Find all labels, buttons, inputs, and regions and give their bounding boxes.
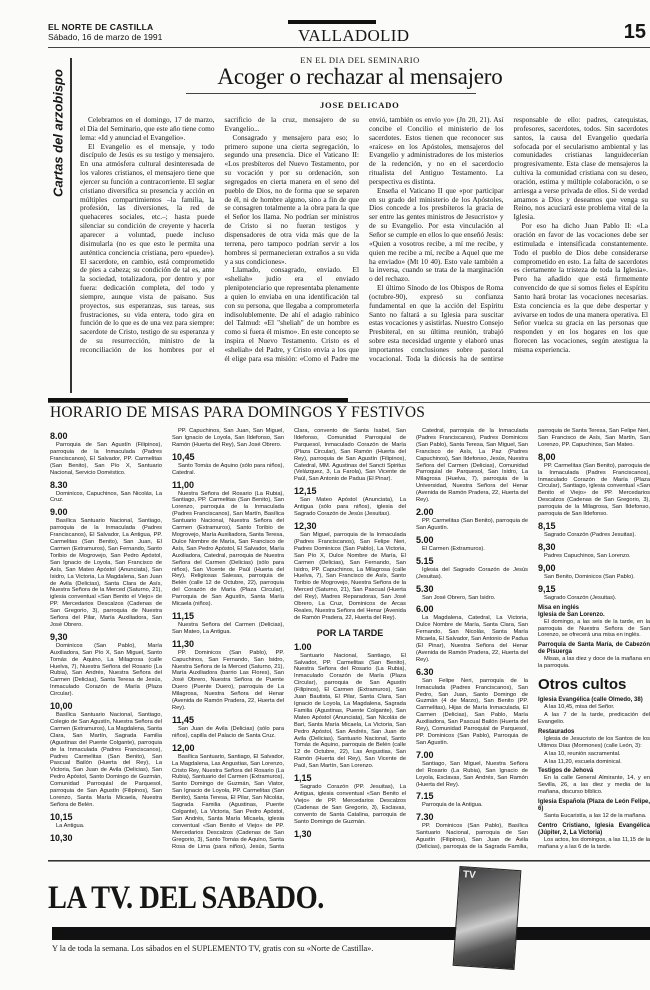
article-paragraph: Celebramos en el domingo, 17 de marzo, e… xyxy=(80,116,215,143)
section-top-bar xyxy=(288,20,376,24)
schedule-title: HORARIO DE MISAS PARA DOMINGOS Y FESTIVO… xyxy=(50,404,425,422)
mass-locations: Dominicos, Capuchinos, San Nicolás, La C… xyxy=(50,491,162,505)
cult-detail: A las 10, reunión sacramental. xyxy=(538,751,650,758)
mass-time: 10,15 xyxy=(50,812,162,823)
mass-locations: Dominicos (San Pablo), María Auxiliadora… xyxy=(50,643,162,698)
mass-locations: Parroquia de San Agustín (Filipinos), pa… xyxy=(50,442,162,477)
mass-locations: Sagrado Corazón (PP. Jesuitas), La Antig… xyxy=(294,784,406,825)
article-paragraph: Consagrado y mensajero para eso; lo prim… xyxy=(225,134,360,267)
masthead: EL NORTE DE CASTILLA Sábado, 16 de marzo… xyxy=(48,20,650,48)
mass-time: 9,15 xyxy=(538,584,650,595)
mass-time: 1,15 xyxy=(294,773,406,784)
other-cults-title: Otros cultos xyxy=(538,676,650,694)
cult-heading: Centro Cristiano, Iglesia Evangélica (Jú… xyxy=(538,823,650,837)
mass-locations: La Antigua. xyxy=(50,823,162,830)
mass-locations: Santo Tomás de Aquino (sólo para niños),… xyxy=(172,463,284,477)
cult-heading: Restaurados xyxy=(538,729,650,736)
column-divider xyxy=(70,58,72,393)
mass-locations: San Felipe Neri, parroquia de la Inmacul… xyxy=(416,678,528,747)
cult-heading: Iglesia Española (Plaza de León Felipe, … xyxy=(538,799,650,813)
mass-locations: Sagrado Corazón (Jesuitas). xyxy=(538,595,650,602)
mass-time: 7.15 xyxy=(416,791,528,802)
mass-time: 10,00 xyxy=(50,701,162,712)
column-label: Cartas del arzobispo xyxy=(48,78,68,188)
cult-heading: Iglesia Evangélica (calle Olmedo, 38) xyxy=(538,697,650,704)
article-headline: Acoger o rechazar al mensajero xyxy=(0,64,650,90)
mass-locations: Basílica Santuario Nacional, Santiago, p… xyxy=(50,518,162,629)
cult-detail: A las 7 de la tarde, predicación del Eva… xyxy=(538,712,650,726)
mass-locations: El Carmen (Extramuros). xyxy=(416,546,528,553)
mass-locations: San Benito, Dominicos (San Pablo). xyxy=(538,574,650,581)
cult-detail: Los actos, los domingos, a las 11,15 de … xyxy=(538,837,650,851)
mass-locations: San José Obrero, San Isidro. xyxy=(416,595,528,602)
mass-time: 2.00 xyxy=(416,507,528,518)
promo-title: LA TV. DEL SABADO. xyxy=(48,880,324,917)
mass-locations: PP. Carmelitas (San Benito), parroquia d… xyxy=(416,518,528,532)
cult-detail: En la calle General Almirante, 14, y en … xyxy=(538,775,650,796)
mass-time: 11,15 xyxy=(172,611,284,622)
mass-time: 11,30 xyxy=(172,639,284,650)
schedule-bottom-rule xyxy=(48,860,650,862)
schedule-body: 8.00Parroquia de San Agustín (Filipinos)… xyxy=(50,428,650,853)
mass-time: 5.00 xyxy=(416,535,528,546)
mass-time: 8,15 xyxy=(538,521,650,532)
schedule-rule xyxy=(48,402,650,403)
mass-locations: Catedral, parroquia de la Inmaculada (Pa… xyxy=(416,428,528,504)
mass-time: 10,30 xyxy=(50,833,162,844)
mass-locations: Parroquia de la Antigua. xyxy=(416,802,528,809)
mass-time: 8,30 xyxy=(538,542,650,553)
article-paragraph: Por eso ha dicho Juan Pablo II: «La orac… xyxy=(514,222,649,355)
mass-locations: Padres Capuchinos, San Lorenzo. xyxy=(538,553,650,560)
headline-rule xyxy=(186,93,476,94)
promo-text: Y la de toda la semana. Los sábados en e… xyxy=(52,944,382,954)
issue-date: Sábado, 16 de marzo de 1991 xyxy=(48,32,162,42)
mass-time: 6.00 xyxy=(416,604,528,615)
mass-time: 1,30 xyxy=(294,829,406,840)
mass-locations: San Juan de Avila (Delicias) (sólo para … xyxy=(172,726,284,740)
mass-locations: Santiago, San Miguel, Nuestra Señora del… xyxy=(416,761,528,789)
promo-bar xyxy=(52,927,650,940)
tv-logo: TV xyxy=(463,869,477,881)
mass-time: 7.00 xyxy=(416,750,528,761)
mass-time: 6.30 xyxy=(416,667,528,678)
mass-locations: Sagrado Corazón (Padres Jesuitas). xyxy=(538,532,650,539)
afternoon-heading: POR LA TARDE xyxy=(294,630,406,637)
mass-time: 9,30 xyxy=(50,632,162,643)
mass-time: 5.30 xyxy=(416,584,528,595)
mass-time: 11,00 xyxy=(172,480,284,491)
article-paragraph: Enseña el Vaticano II que «por participa… xyxy=(369,187,504,284)
mass-time: 11,45 xyxy=(172,715,284,726)
mass-time: 7.30 xyxy=(416,812,528,823)
page-number: 15 xyxy=(624,21,646,44)
mass-time: 8,00 xyxy=(538,452,650,463)
promo-photo: TV xyxy=(453,866,522,970)
mass-locations: Santuario Nacional, Santiago, El Salvado… xyxy=(294,653,406,770)
mass-locations: Nuestra Señora del Carmen (Delicias), Sa… xyxy=(172,622,284,636)
cult-detail: A las 11,20, escuela dominical. xyxy=(538,759,650,766)
mass-locations: PP. Capuchinos, San Juan, San Miguel, Sa… xyxy=(172,428,284,449)
mass-locations: Iglesia del Sagrado Corazón de Jesús (Je… xyxy=(416,567,528,581)
mass-time: 8.00 xyxy=(50,431,162,442)
note-text: El domingo, a las seis de la tarde, en l… xyxy=(538,619,650,640)
mass-locations: PP. Carmelitas (San Benito), parroquia d… xyxy=(538,463,650,518)
mass-time: 5.15 xyxy=(416,556,528,567)
mass-time: 12,00 xyxy=(172,743,284,754)
mass-locations: San Miguel, parroquia de la Inmaculada (… xyxy=(294,532,406,622)
cult-heading: Testigos de Jehová xyxy=(538,768,650,775)
mass-locations: San Mateo Apóstol (Anunciata), La Antigu… xyxy=(294,497,406,518)
cult-detail: Santa Eucaristía, a las 12 de la mañana. xyxy=(538,813,650,820)
article-body: Celebramos en el domingo, 17 de marzo, e… xyxy=(80,116,648,396)
article-byline: JOSE DELICADO xyxy=(320,100,400,110)
mass-locations: Basílica Santuario Nacional, Santiago, C… xyxy=(50,712,162,809)
mass-locations: La Magdalena, Catedral, La Victoria, Dul… xyxy=(416,615,528,663)
section-title: VALLADOLID xyxy=(298,26,409,46)
mass-time: 8.30 xyxy=(50,480,162,491)
mass-time: 12,15 xyxy=(294,486,406,497)
mass-locations: PP. Dominicos (San Pablo), PP. Capuchino… xyxy=(172,650,284,712)
mass-time: 9.00 xyxy=(50,507,162,518)
note-text: Misas, a las diez y doce de la mañana en… xyxy=(538,656,650,670)
mass-time: 12,30 xyxy=(294,521,406,532)
mass-time: 10,45 xyxy=(172,452,284,463)
cult-detail: A las 10,45, misa del Señor. xyxy=(538,704,650,711)
mass-time: 9,00 xyxy=(538,563,650,574)
note-heading: Parroquia de Santa María, de Cabezón de … xyxy=(538,642,650,656)
cult-detail: Iglesia de Jesucristo de los Santos de l… xyxy=(538,736,650,750)
mass-time: 1.00 xyxy=(294,642,406,653)
newspaper-name: EL NORTE DE CASTILLA xyxy=(48,22,153,32)
note-heading: Misa en inglés Iglesia de San Lorenzo. xyxy=(538,605,650,619)
mass-locations: Nuestra Señora del Rosario (La Rubia), S… xyxy=(172,491,284,608)
